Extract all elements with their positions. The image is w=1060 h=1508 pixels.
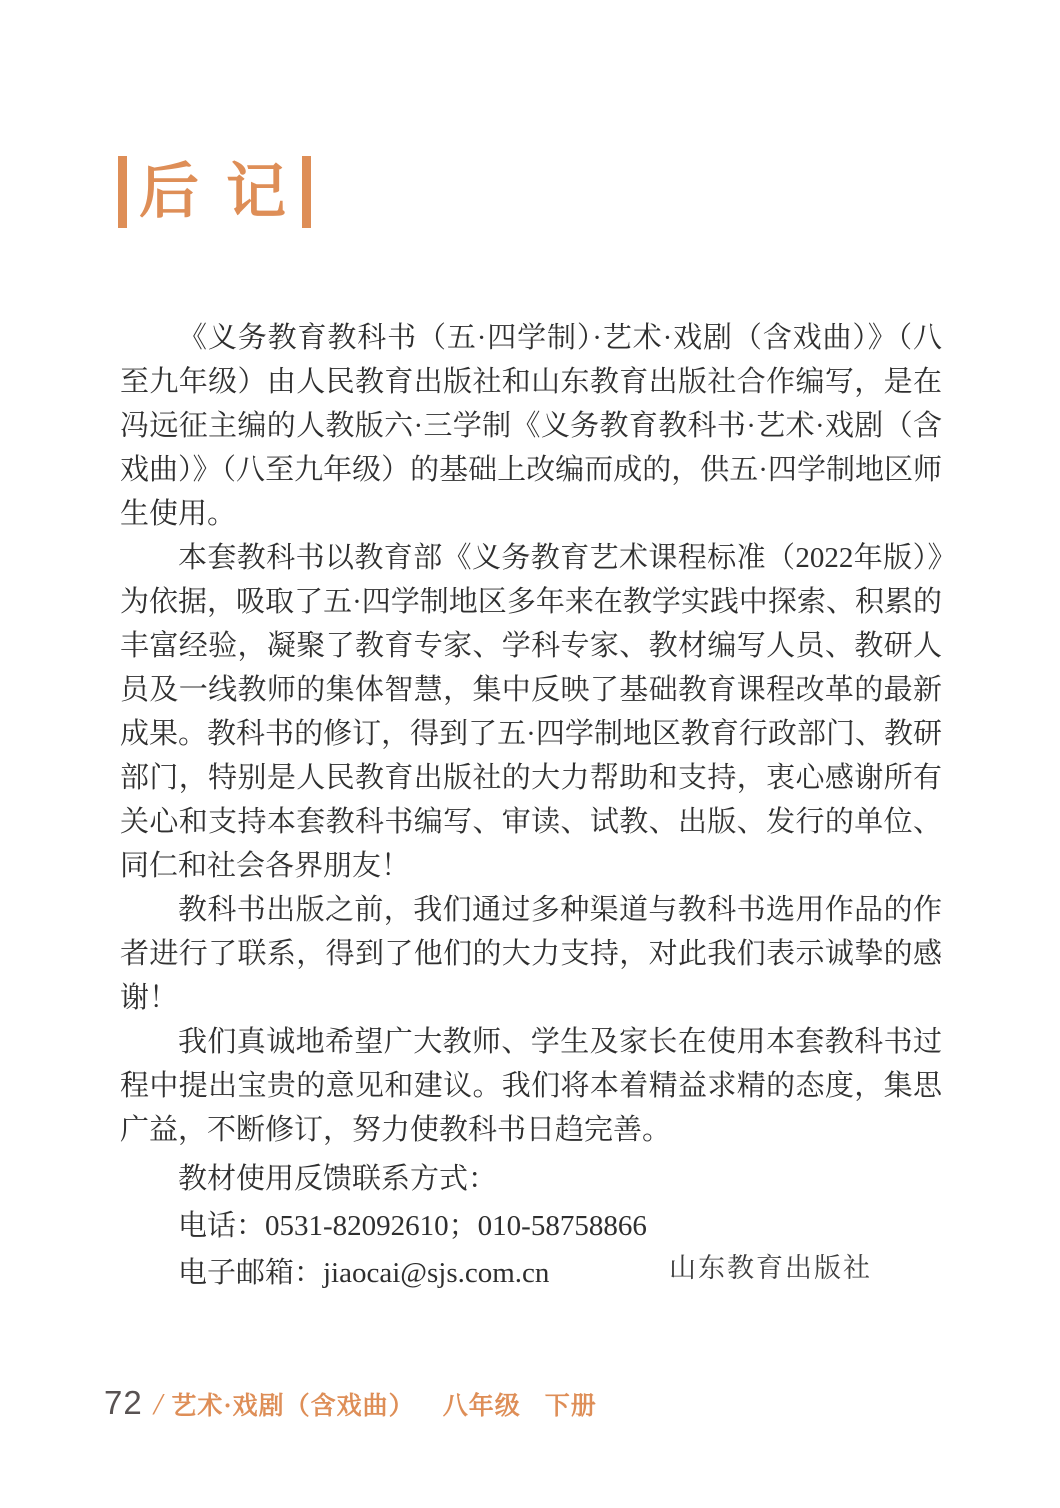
paragraph-basis: 本套教科书以教育部《义务教育艺术课程标准（2022年版）》为依据，吸取了五·四学… — [120, 536, 942, 888]
footer-grade: 八年级 — [443, 1386, 521, 1422]
page-footer: 72 / 艺术·戏剧（含戏曲） 八年级 下册 — [104, 1384, 597, 1422]
paragraph-authors-thanks: 教科书出版之前，我们通过多种渠道与教科书选用作品的作者进行了联系，得到了他们的大… — [120, 888, 942, 1020]
contact-heading: 教材使用反馈联系方式： — [120, 1156, 942, 1203]
footer-volume: 下册 — [545, 1386, 597, 1422]
footer-separator: / — [154, 1386, 163, 1422]
paragraph-origin: 《义务教育教科书（五·四学制）·艺术·戏剧（含戏曲）》（八至九年级）由人民教育出… — [120, 316, 942, 536]
title-right-bar — [302, 156, 311, 228]
body-text-block: 《义务教育教科书（五·四学制）·艺术·戏剧（含戏曲）》（八至九年级）由人民教育出… — [120, 316, 942, 1297]
paragraph-feedback-hope: 我们真诚地希望广大教师、学生及家长在使用本套教科书过程中提出宝贵的意见和建议。我… — [120, 1020, 942, 1152]
title-left-bar — [118, 156, 127, 228]
afterword-page: 后 记 《义务教育教科书（五·四学制）·艺术·戏剧（含戏曲）》（八至九年级）由人… — [0, 0, 1060, 1508]
publisher-signature: 山东教育出版社 — [669, 1246, 872, 1285]
page-title-block: 后 记 — [118, 156, 311, 228]
contact-phone: 电话：0531-82092610；010-58758866 — [120, 1203, 942, 1250]
footer-book-title: 艺术·戏剧（含戏曲） — [171, 1386, 414, 1422]
footer-page-number: 72 — [104, 1384, 143, 1422]
page-title: 后 记 — [139, 156, 292, 228]
